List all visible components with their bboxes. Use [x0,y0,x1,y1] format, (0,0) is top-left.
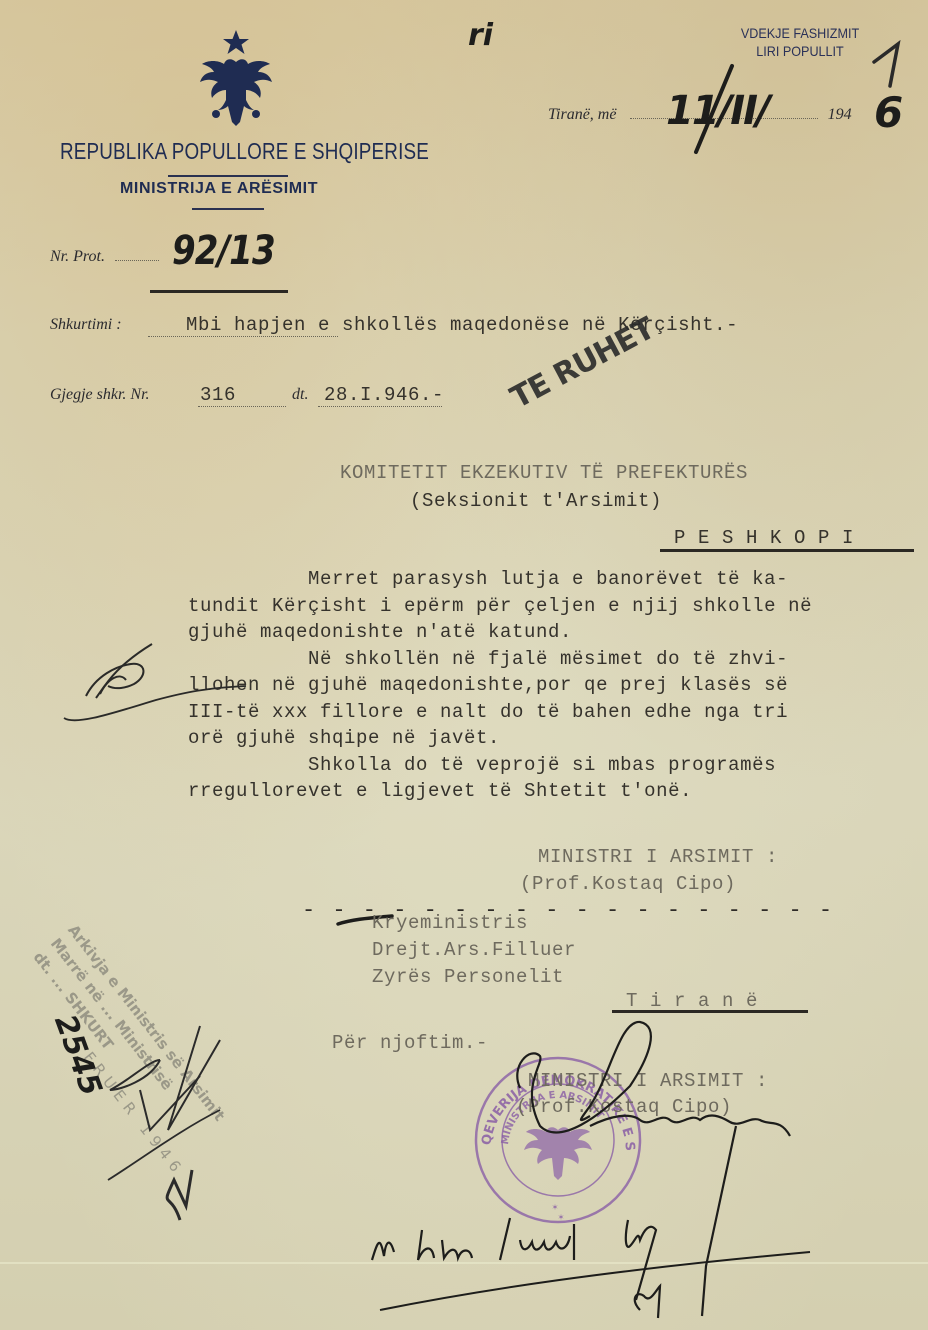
protocol-number-handwritten: 92/13 [172,228,275,274]
document-page: ri REPUBLIKA POPULLORE E SHQIPERISE MINI… [0,0,928,1330]
letterhead-divider [192,208,264,210]
letterhead-divider [168,175,288,177]
ministry-title: MINISTRIJA E ARËSIMIT [120,180,318,198]
date-slash-stroke-icon [690,60,740,160]
date-place-label: Tiranë, më [548,106,616,123]
protocol-label: Nr. Prot. [50,248,105,265]
copy-recipient: Zyrës Personelit [372,964,576,991]
year-prefix: 194 [828,106,852,123]
copies-city-underline [612,1010,808,1013]
subject-label: Shkurtimi : [50,316,122,333]
reference-date: 28.I.946.- [324,384,444,406]
subject-line: Shkurtimi : [50,316,122,334]
body-line: gjuhë maqedonishte n'atë katund. [188,619,812,646]
letter-body: Merret parasysh lutja e banorëvet të ka-… [188,566,812,805]
margin-initials-icon [56,636,256,736]
reference-label: Gjegje shkr. Nr. [50,386,150,403]
republic-title: REPUBLIKA POPULLORE E SHQIPERISE [60,138,429,165]
copy-recipient: Drejt.Ars.Filluer [372,937,576,964]
handwritten-year-digit: 6 [874,88,903,137]
recipient-line2: (Seksionit t'Arsimit) [410,490,662,512]
body-line: tundit Kërçisht i epërm për çeljen e nji… [188,593,812,620]
body-line: rregullorevet e ligjevet të Shtetit t'on… [188,778,812,805]
copies-list: Kryeministris Drejt.Ars.Filluer Zyrës Pe… [372,910,576,991]
body-line: III-të xxx fillore e nalt do të bahen ed… [188,699,812,726]
handwritten-page-number-icon [868,40,908,90]
protocol-underline [150,290,288,293]
copies-city: T i r a n ë [626,990,758,1012]
recipient-line1: KOMITETIT EKZEKUTIV TË PREFEKTURËS [340,462,748,484]
reference-line: Gjegje shkr. Nr. [50,386,150,404]
copies-note: Për njoftim.- [332,1032,488,1054]
signature1-name: (Prof.Kostaq Cipo) [520,873,736,895]
recipient-city: P E S H K O P I [674,527,854,549]
reference-date-label: dt. [292,386,308,404]
albanian-eagle-emblem-icon [196,28,276,128]
body-line: Në shkollën në fjalë mësimet do të zhvi- [188,646,812,673]
protocol-line: Nr. Prot. [50,248,159,266]
body-line: orë gjuhë shqipe në javët. [188,725,812,752]
motto-line: LIRI POPULLIT [710,42,890,60]
protocol-field [115,260,159,261]
margin-signature-scribble-icon [100,1020,320,1250]
recipient-city-underline [660,549,914,552]
handwritten-top-mark: ri [468,18,493,53]
copy-recipient: Kryeministris [372,910,576,937]
body-line: Merret parasysh lutja e banorëvet të ka- [188,566,812,593]
handwritten-note-icon [360,1200,810,1330]
reference-number: 316 [200,384,236,406]
body-line: llohen në gjuhë maqedonishte,por qe prej… [188,672,812,699]
motto: VDEKJE FASHIZMIT LIRI POPULLIT [710,24,890,60]
body-line: Shkolla do të veprojë si mbas programës [188,752,812,779]
motto-line: VDEKJE FASHIZMIT [710,24,890,42]
signature1-title: MINISTRI I ARSIMIT : [538,846,778,868]
